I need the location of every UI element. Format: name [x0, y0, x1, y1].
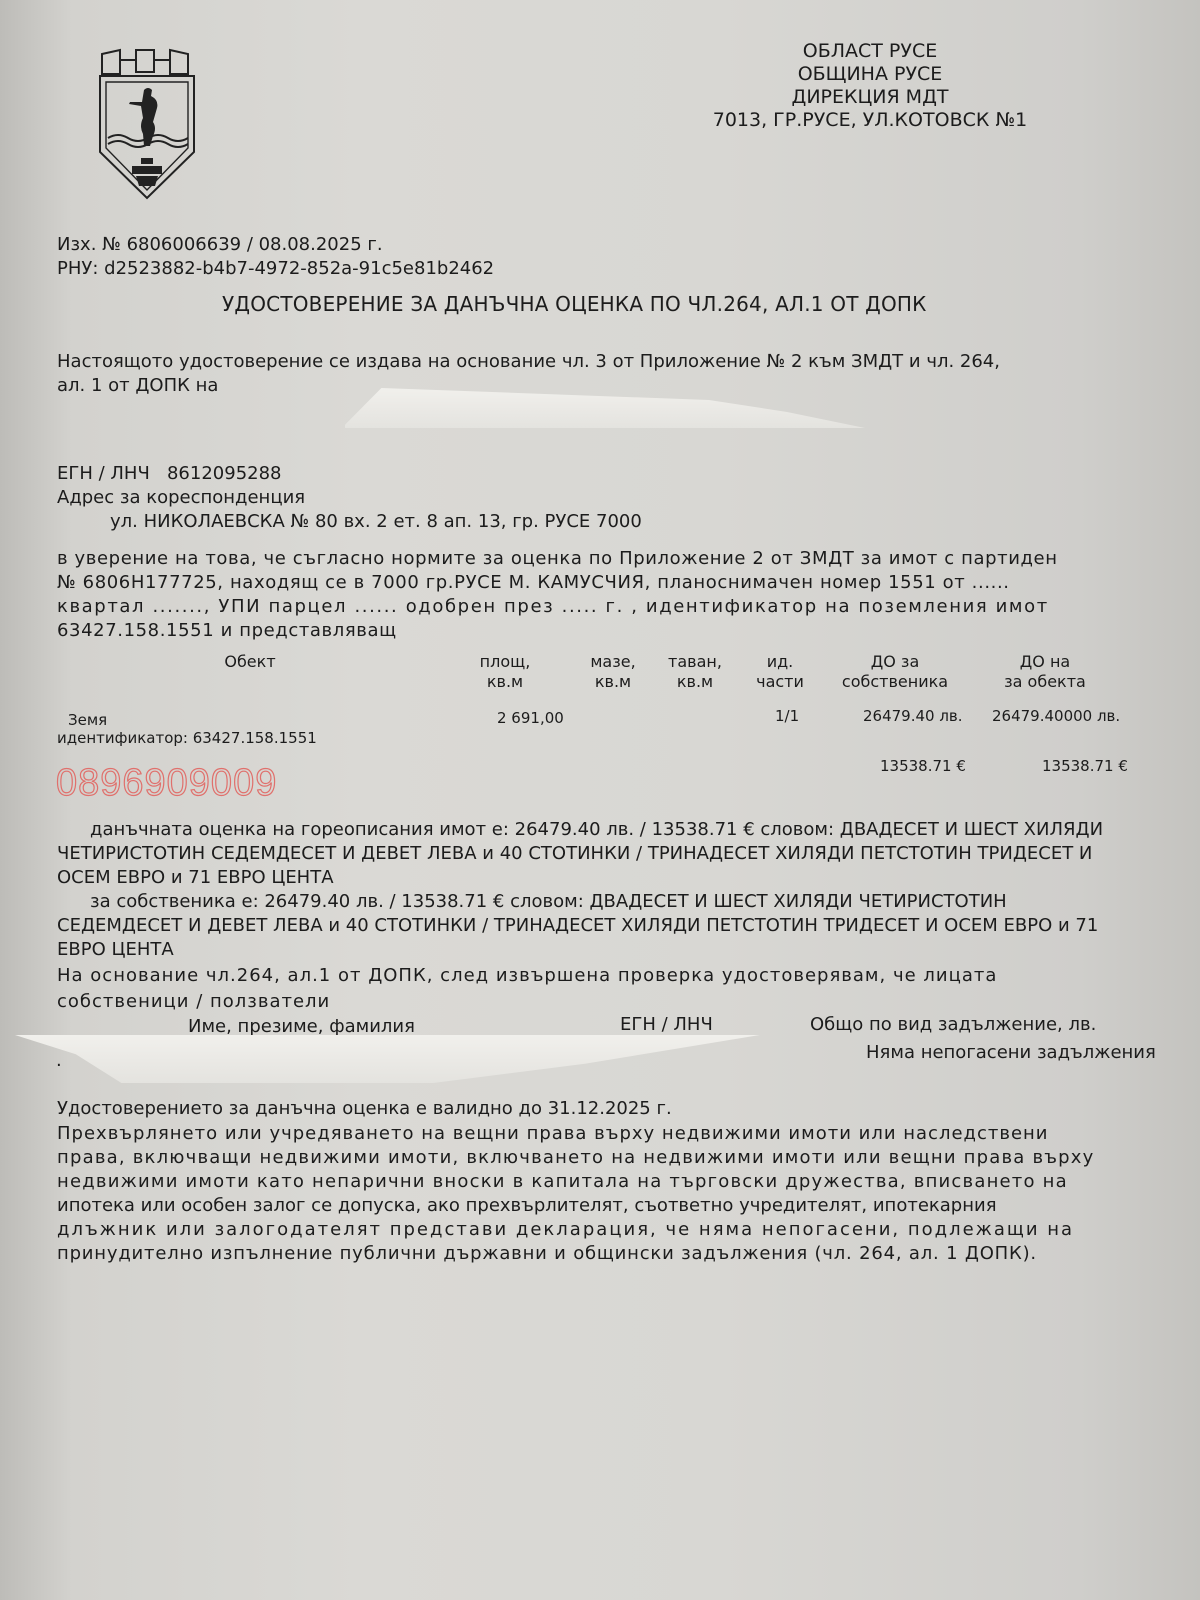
assessment-line-3: ОСЕМ ЕВРО и 71 ЕВРО ЦЕНТА	[57, 866, 334, 890]
col-name-header: Име, презиме, фамилия	[188, 1016, 415, 1037]
municipality: ОБЩИНА РУСЕ	[690, 63, 1050, 86]
property-line-3: квартал ......., УПИ парцел ...... одобр…	[57, 595, 1049, 619]
cell-object-value-eur: 13538.71 €	[1042, 757, 1128, 775]
owner-assessment-line-1: за собственика е: 26479.40 лв. / 13538.7…	[90, 890, 1007, 914]
col-owner-value: ДО засобственика	[830, 652, 960, 692]
col-egn-header: ЕГН / ЛНЧ	[620, 1014, 713, 1035]
legal-line-4: ипотека или особен залог се допуска, ако…	[57, 1194, 997, 1218]
verification-line-1: На основание чл.264, ал.1 от ДОПК, след …	[57, 964, 997, 988]
col-area: площ,кв.м	[470, 652, 540, 692]
cell-ideal-parts: 1/1	[775, 707, 799, 725]
certificate-page: ОБЛАСТ РУСЕ ОБЩИНА РУСЕ ДИРЕКЦИЯ МДТ 701…	[0, 0, 1200, 1600]
region: ОБЛАСТ РУСЕ	[690, 40, 1050, 63]
egn-label: ЕГН / ЛНЧ	[57, 463, 150, 484]
egn-row: ЕГН / ЛНЧ 8612095288	[57, 462, 282, 486]
outgoing-number: Изх. № 6806006639 / 08.08.2025 г.	[57, 234, 383, 255]
redaction-tape	[15, 1035, 775, 1083]
cell-owner-value-bgn: 26479.40 лв.	[863, 707, 963, 725]
no-debts-status: Няма непогасени задължения	[866, 1042, 1156, 1063]
cell-owner-value-eur: 13538.71 €	[880, 757, 966, 775]
cell-object: Земя	[68, 711, 107, 729]
legal-line-5: длъжник или залогодателят представи декл…	[57, 1218, 1074, 1242]
owner-assessment-line-2: СЕДЕМДЕСЕТ И ДЕВЕТ ЛЕВА и 40 СТОТИНКИ / …	[57, 914, 1098, 938]
col-attic: таван,кв.м	[660, 652, 730, 692]
cell-area: 2 691,00	[497, 709, 564, 727]
rnu-code: РНУ: d2523882-b4b7-4972-852a-91c5e81b246…	[57, 258, 494, 279]
egn-value: 8612095288	[167, 463, 282, 484]
property-line-1: в уверение на това, че съгласно нормите …	[57, 547, 1058, 571]
col-basement: мазе,кв.м	[578, 652, 648, 692]
assessment-line-2: ЧЕТИРИСТОТИН СЕДЕМДЕСЕТ И ДЕВЕТ ЛЕВА и 4…	[57, 842, 1092, 866]
directorate: ДИРЕКЦИЯ МДТ	[690, 86, 1050, 109]
property-line-4: 63427.158.1551 и представляващ	[57, 619, 397, 643]
col-ideal-parts: ид.части	[750, 652, 810, 692]
legal-line-3: недвижими имоти като непарични вноски в …	[57, 1170, 1068, 1194]
cell-object-value-bgn: 26479.40000 лв.	[992, 707, 1120, 725]
ruse-coat-of-arms-icon	[96, 42, 200, 202]
assessment-line-1: данъчната оценка на гореописания имот е:…	[90, 818, 1103, 842]
col-total-header: Общо по вид задължение, лв.	[810, 1014, 1096, 1035]
phone-stamp: 0896909009	[56, 762, 277, 805]
address-value: ул. НИКОЛАЕВСКА № 80 вх. 2 ет. 8 ап. 13,…	[110, 510, 642, 534]
address-label: Адрес за кореспонденция	[57, 486, 305, 510]
redaction-tape	[345, 388, 865, 428]
intro-line-2: ал. 1 от ДОПК на	[57, 374, 218, 398]
intro-line-1: Настоящото удостоверение се издава на ос…	[57, 350, 1000, 374]
legal-line-2: права, включващи недвижими имоти, включв…	[57, 1146, 1095, 1170]
col-object-value: ДО наза обекта	[985, 652, 1105, 692]
col-object: Обект	[200, 652, 300, 672]
legal-line-6: принудително изпълнение публични държавн…	[57, 1242, 1037, 1266]
document-title: УДОСТОВЕРЕНИЕ ЗА ДАНЪЧНА ОЦЕНКА ПО ЧЛ.26…	[222, 292, 927, 316]
row-marker: .	[56, 1050, 62, 1071]
cell-identifier: идентификатор: 63427.158.1551	[57, 729, 317, 747]
issuer-address: 7013, ГР.РУСЕ, УЛ.КОТОВСК №1	[690, 109, 1050, 132]
owner-assessment-line-3: ЕВРО ЦЕНТА	[57, 938, 174, 962]
issuer-header: ОБЛАСТ РУСЕ ОБЩИНА РУСЕ ДИРЕКЦИЯ МДТ 701…	[690, 40, 1050, 132]
verification-line-2: собственици / ползватели	[57, 990, 330, 1014]
validity-note: Удостоверението за данъчна оценка е вали…	[57, 1097, 672, 1121]
legal-line-1: Прехвърлянето или учредяването на вещни …	[57, 1122, 1049, 1146]
property-line-2: № 6806Н177725, находящ се в 7000 гр.РУСЕ…	[57, 571, 1010, 595]
